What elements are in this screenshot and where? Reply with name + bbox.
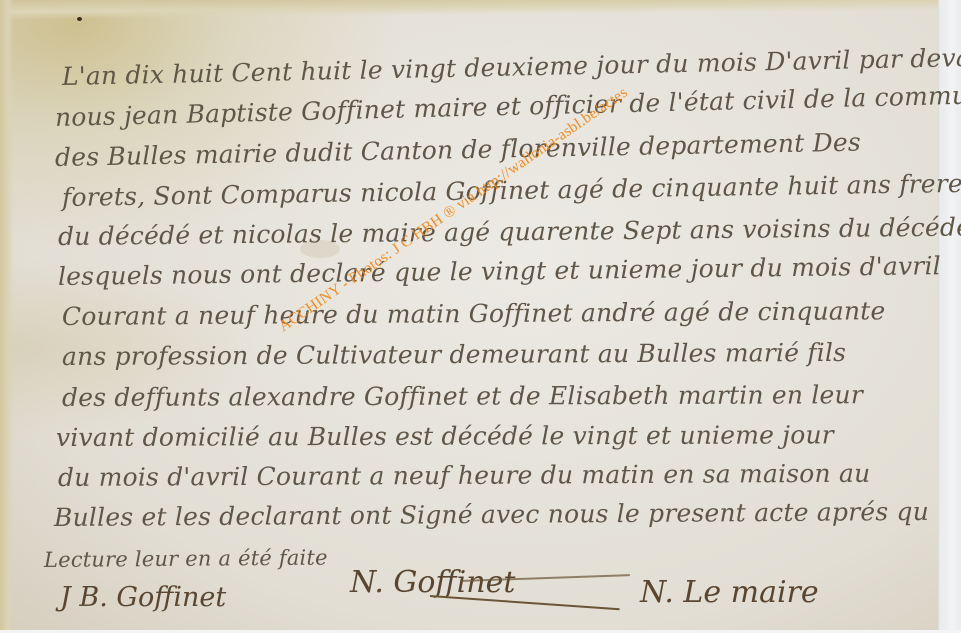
signature-flourish	[430, 595, 620, 610]
signature-n-le-maire: N. Le maire	[640, 575, 819, 610]
text-line-11: du mois d'avril Courant a neuf heure du …	[58, 459, 871, 492]
text-line-9: des deffunts alexandre Goffinet et de El…	[62, 380, 863, 412]
paper-top-fold	[0, 0, 961, 20]
text-line-10: vivant domicilié au Bulles est décédé le…	[56, 420, 834, 452]
text-line-12: Bulles et les declarant ont Signé avec n…	[54, 497, 929, 532]
paper-left-edge-stain	[0, 0, 14, 633]
text-line-3: des Bulles mairie dudit Canton de floren…	[55, 128, 861, 172]
text-line-6: lesquels nous ont declaré que le vingt e…	[58, 251, 941, 291]
scanned-document-page: L'an dix huit Cent huit le vingt deuxiem…	[0, 0, 961, 633]
text-line-8: ans profession de Cultivateur demeurant …	[62, 338, 846, 371]
text-line-5: du décédé et nicolas le maire agé quaren…	[58, 212, 961, 251]
text-line-7: Courant a neuf heure du matin Goffinet a…	[62, 296, 886, 331]
signature-jb-goffinet: J B. Goffinet	[60, 582, 226, 613]
text-line-13: Lecture leur en a été faite	[44, 546, 328, 572]
ink-spot	[77, 17, 82, 21]
